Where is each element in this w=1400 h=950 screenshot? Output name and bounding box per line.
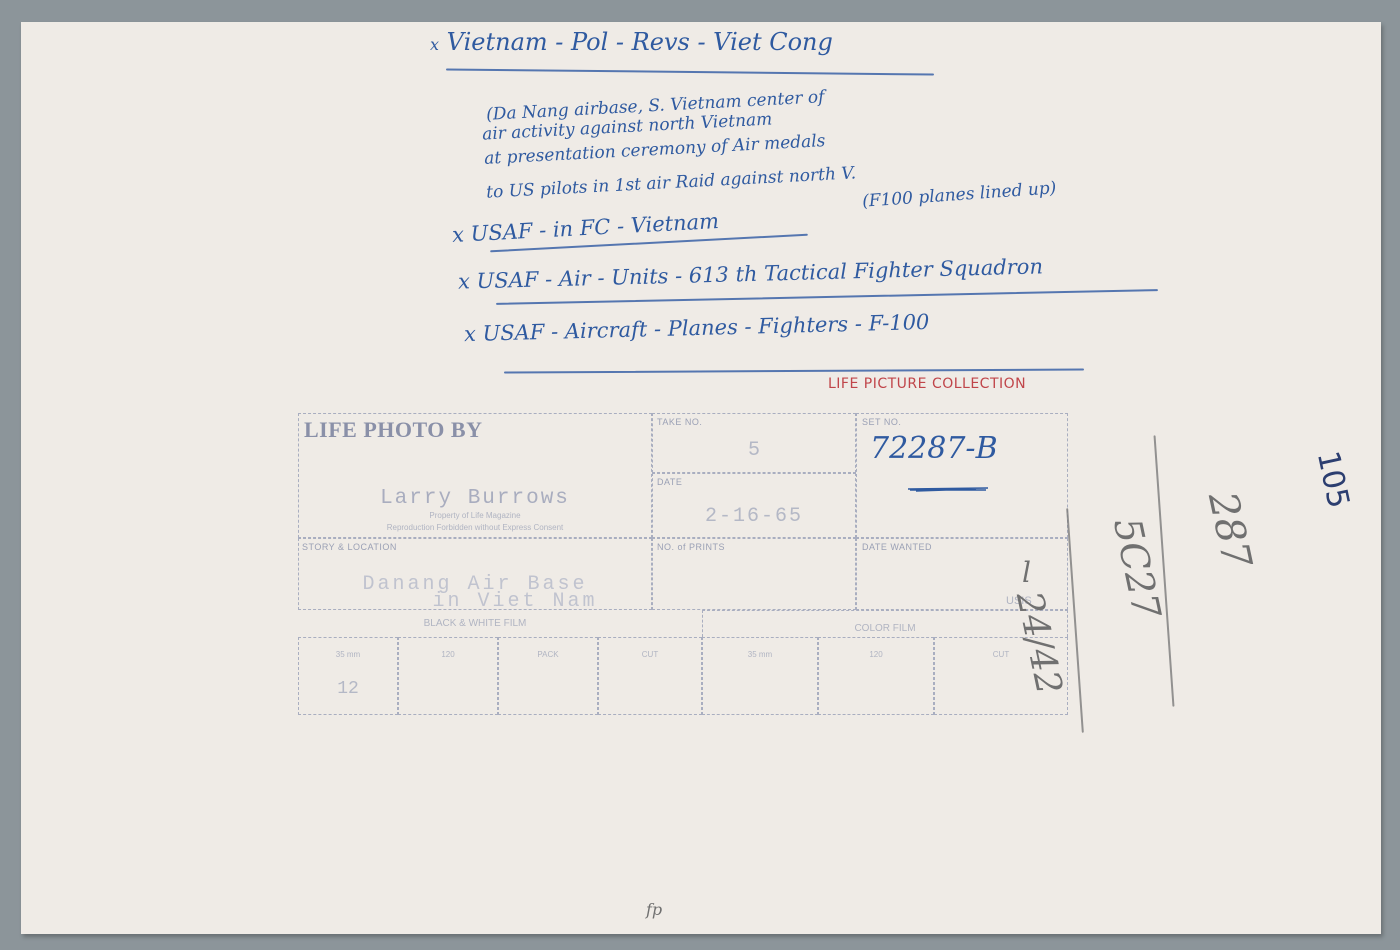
date-value: 2-16-65 [652,505,856,528]
heading-text: Vietnam - Pol - Revs - Viet Cong [447,28,833,56]
bw-film-label: BLACK & WHITE FILM [298,618,652,629]
film-col-120-color [818,637,934,715]
film-col-label: CUT [598,650,702,659]
film-col-label: 35 mm [298,650,398,659]
film-col-label: 35 mm [702,650,818,659]
prints-label: NO. of PRINTS [657,542,725,552]
marker-x: x [430,35,439,54]
stamp-title: LIFE PHOTO BY [304,417,482,443]
take-no-value: 5 [652,439,856,462]
property-line: Property of Life Magazine [298,511,652,520]
marker-x: x [464,322,476,346]
reproduction-line: Reproduction Forbidden without Express C… [298,523,652,532]
pencil-mark-l: l [1022,556,1031,589]
heading-marker-and-title: x Vietnam - Pol - Revs - Viet Cong [430,28,833,56]
photographer-name: Larry Burrows [298,487,652,510]
collection-stamp: LIFE PICTURE COLLECTION [828,376,1026,392]
story-label: STORY & LOCATION [302,542,397,552]
film-col-pack [498,637,598,715]
take-no-label: TAKE NO. [657,417,702,427]
film-col-label: 120 [818,650,934,659]
set-no-value: 72287-B [870,431,998,466]
scribble-mark [906,486,991,492]
date-wanted-label: DATE WANTED [862,542,932,552]
marker-x: x [452,222,465,247]
film-col-cut-bw [598,637,702,715]
film-col-label: 120 [398,650,498,659]
film-col-35mm-bw [298,637,398,715]
date-label: DATE [657,477,682,487]
story-line-2: in Viet Nam [338,590,692,613]
set-no-label: SET NO. [862,417,901,427]
film-col-35mm-color [702,637,818,715]
life-photo-stamp: LIFE PHOTO BY Larry Burrows Property of … [298,413,1068,715]
film-col-120-bw [398,637,498,715]
pencil-initials: fp [646,900,662,919]
film-35mm-count: 12 [298,679,398,699]
film-col-label: PACK [498,650,598,659]
marker-x: x [458,269,470,293]
